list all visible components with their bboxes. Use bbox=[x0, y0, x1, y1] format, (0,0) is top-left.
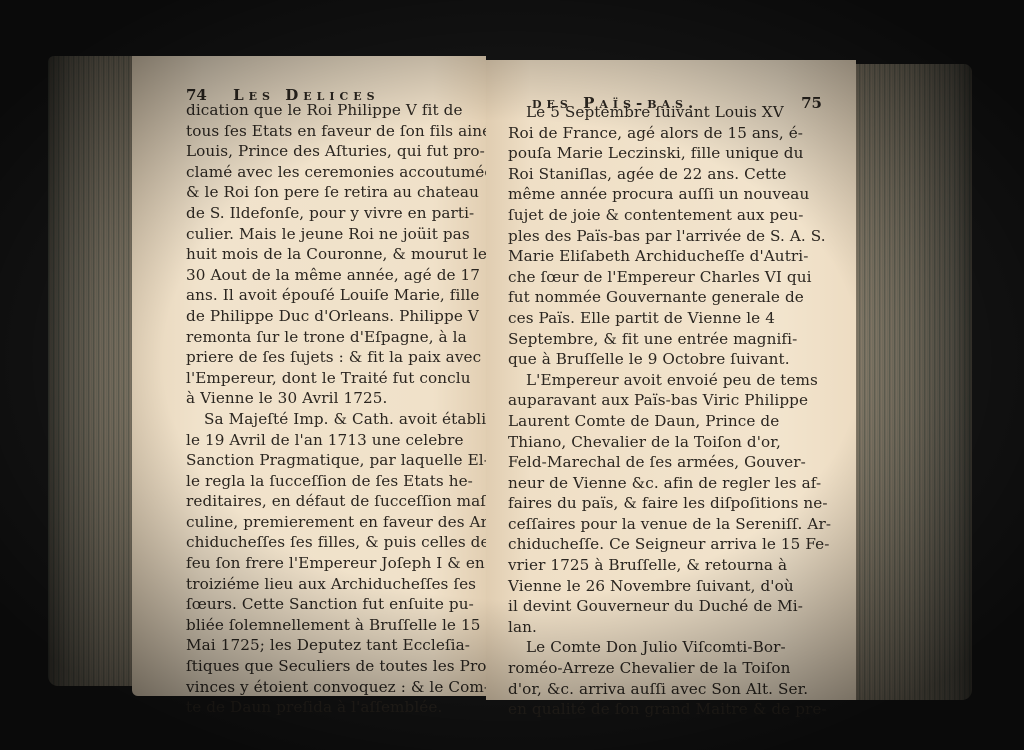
text-line: huit mois de la Couronne, & mourut le bbox=[186, 244, 482, 265]
text-line: ſœurs. Cette Sanction fut enſuite pu- bbox=[186, 594, 482, 615]
text-line: Laurent Comte de Daun, Prince de bbox=[508, 411, 812, 432]
text-line: faires du païs, & faire les diſpoſitions… bbox=[508, 493, 812, 514]
text-line: Vienne le 26 Novembre ſuivant, d'où bbox=[508, 576, 812, 597]
text-line: remonta ſur le trone d'Eſpagne, à la bbox=[186, 327, 482, 348]
text-line: Sanction Pragmatique, par laquelle El- bbox=[186, 450, 482, 471]
text-line: le regla la ſucceſſion de ſes Etats he- bbox=[186, 471, 482, 492]
text-line: ans. Il avoit épouſé Louiſe Marie, fille bbox=[186, 285, 482, 306]
text-line: vinces y étoient convoquez : & le Com- bbox=[186, 677, 482, 698]
paragraph-start-line: Le 5 Septembre ſuivant Louis XV bbox=[508, 102, 812, 123]
text-line: culine, premierement en faveur des Ar- bbox=[186, 512, 482, 533]
text-line: même année procura auſſi un nouveau bbox=[508, 184, 812, 205]
text-line: chiducheſſes ſes filles, & puis celles d… bbox=[186, 532, 482, 553]
text-line: auparavant aux Païs-bas Viric Philippe bbox=[508, 390, 812, 411]
paragraph-start-line: Le Comte Don Julio Viſcomti-Bor- bbox=[508, 637, 812, 658]
text-line: bliée ſolemnellement à Bruſſelle le 15 bbox=[186, 615, 482, 636]
text-line: tous ſes Etats en faveur de ſon fils ain… bbox=[186, 121, 482, 142]
text-line: fut nommée Gouvernante generale de bbox=[508, 287, 812, 308]
paragraph-start-line: L'Empereur avoit envoié peu de tems bbox=[508, 370, 812, 391]
left-page-edges bbox=[48, 56, 134, 686]
text-line: 30 Aout de la même année, agé de 17 bbox=[186, 265, 482, 286]
text-line: ceſſaires pour la venue de la Sereniſſ. … bbox=[508, 514, 812, 535]
right-page: des Païs-bas. 75 Le 5 Septembre ſuivant … bbox=[486, 60, 856, 700]
text-line: il devint Gouverneur du Duché de Mi- bbox=[508, 596, 812, 617]
text-line: ples des Païs-bas par l'arrivée de S. A.… bbox=[508, 226, 812, 247]
text-line: Roi Staniſlas, agée de 22 ans. Cette bbox=[508, 164, 812, 185]
text-line: & le Roi ſon pere ſe retira au chateau bbox=[186, 182, 482, 203]
text-line: de Philippe Duc d'Orleans. Philippe V bbox=[186, 306, 482, 327]
text-line: te de Daun preſida à l'aſſemblée. bbox=[186, 697, 482, 718]
text-line: le 19 Avril de l'an 1713 une celebre bbox=[186, 430, 482, 451]
text-line: l'Empereur, dont le Traité fut conclu bbox=[186, 368, 482, 389]
text-line: chiducheſſe. Ce Seigneur arriva le 15 Fe… bbox=[508, 534, 812, 555]
text-line: Louis, Prince des Aſturies, qui fut pro- bbox=[186, 141, 482, 162]
text-line: Roi de France, agé alors de 15 ans, é- bbox=[508, 123, 812, 144]
text-line: de S. Ildefonſe, pour y vivre en parti- bbox=[186, 203, 482, 224]
text-line: troiziéme lieu aux Archiducheſſes ſes bbox=[186, 574, 482, 595]
text-line: Feld-Marechal de ſes armées, Gouver- bbox=[508, 452, 812, 473]
text-line: à Vienne le 30 Avril 1725. bbox=[186, 388, 482, 409]
text-line: che ſœur de l'Empereur Charles VI qui bbox=[508, 267, 812, 288]
text-line: Marie Eliſabeth Archiducheſſe d'Autri- bbox=[508, 246, 812, 267]
text-line: en qualité de ſon grand Maitre & de pre- bbox=[508, 699, 812, 720]
right-page-edges bbox=[854, 64, 972, 700]
text-line: feu ſon frere l'Empereur Joſeph I & en bbox=[186, 553, 482, 574]
text-line: lan. bbox=[508, 617, 812, 638]
text-line: Septembre, & fit une entrée magnifi- bbox=[508, 329, 812, 350]
left-page-body: dication que le Roi Philippe V fit de to… bbox=[186, 100, 482, 718]
text-line: clamé avec les ceremonies accoutumées, bbox=[186, 162, 482, 183]
text-line: roméo-Arreze Chevalier de la Toiſon bbox=[508, 658, 812, 679]
text-line: ſujet de joie & contentement aux peu- bbox=[508, 205, 812, 226]
text-line: culier. Mais le jeune Roi ne joüit pas bbox=[186, 224, 482, 245]
right-page-body: Le 5 Septembre ſuivant Louis XV Roi de F… bbox=[508, 102, 812, 720]
paragraph-start-line: Sa Majeſté Imp. & Cath. avoit établie bbox=[186, 409, 482, 430]
text-line: Thiano, Chevalier de la Toiſon d'or, bbox=[508, 432, 812, 453]
left-page: 74 Les Delices dication que le Roi Phili… bbox=[132, 56, 486, 696]
text-line: ſtiques que Seculiers de toutes les Pro- bbox=[186, 656, 482, 677]
text-line: reditaires, en défaut de ſucceſſion maſ- bbox=[186, 491, 482, 512]
text-line: pouſa Marie Leczinski, fille unique du bbox=[508, 143, 812, 164]
text-line: Mai 1725; les Deputez tant Eccleſia- bbox=[186, 635, 482, 656]
text-line: ces Païs. Elle partit de Vienne le 4 bbox=[508, 308, 812, 329]
text-line: dication que le Roi Philippe V fit de bbox=[186, 100, 482, 121]
text-line: d'or, &c. arriva auſſi avec Son Alt. Ser… bbox=[508, 679, 812, 700]
text-line: priere de ſes ſujets : & fit la paix ave… bbox=[186, 347, 482, 368]
text-line: vrier 1725 à Bruſſelle, & retourna à bbox=[508, 555, 812, 576]
text-line: neur de Vienne &c. afin de regler les af… bbox=[508, 473, 812, 494]
text-line: que à Bruſſelle le 9 Octobre ſuivant. bbox=[508, 349, 812, 370]
